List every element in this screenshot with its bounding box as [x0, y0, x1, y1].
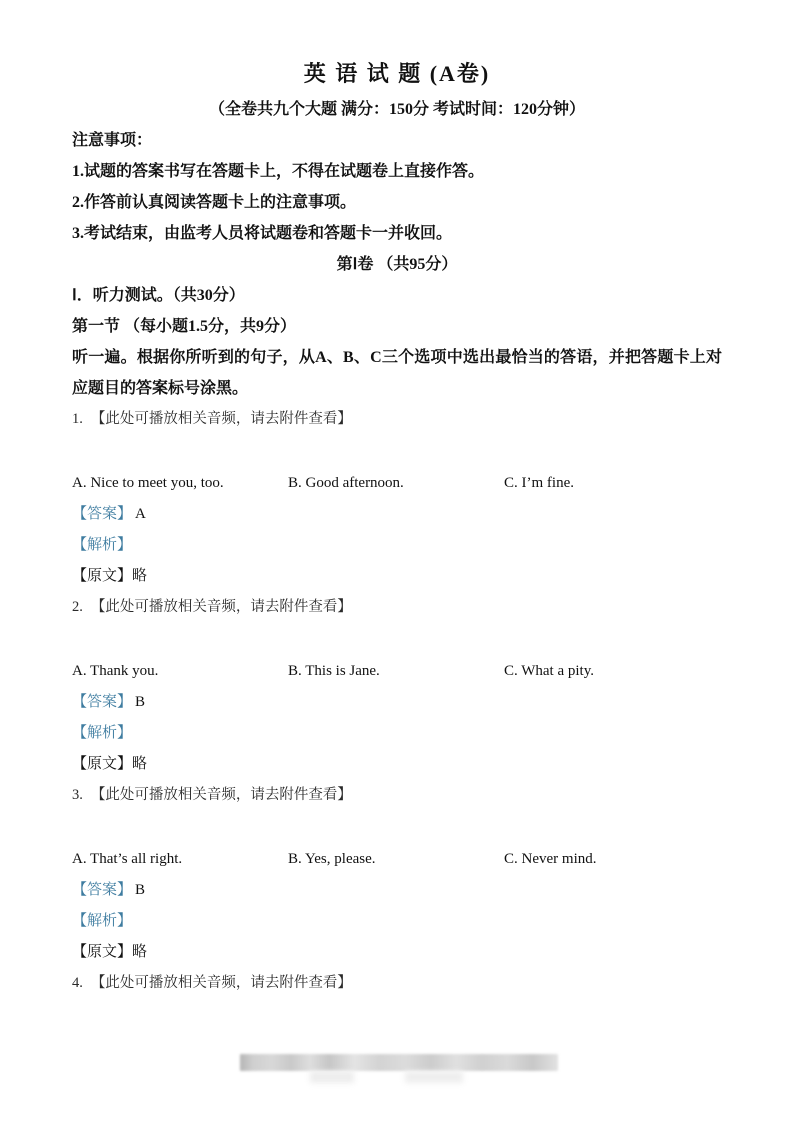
instruction-line-1: 听一遍。根据你所听到的句子，从A、B、C三个选项中选出最恰当的答语，并把答题卡上… [72, 342, 722, 373]
page-title: 英 语 试 题 (A卷) [72, 54, 722, 94]
audio-player-space [72, 623, 722, 656]
question-audio-line: 3.【此处可播放相关音频，请去附件查看】 [72, 780, 722, 811]
section-heading: Ⅰ．听力测试。（共30分） [72, 280, 722, 311]
answer-tag: 【答案】 [72, 882, 132, 898]
option-c: C. What a pity. [504, 656, 720, 687]
analysis-tag: 【解析】 [72, 537, 132, 553]
option-c: C. I’m fine. [504, 468, 720, 499]
audio-player-space [72, 435, 722, 468]
audio-placeholder: 【此处可播放相关音频，请去附件查看】 [91, 599, 352, 615]
question-audio-line: 4.【此处可播放相关音频，请去附件查看】 [72, 968, 722, 999]
analysis-line: 【解析】 [72, 718, 722, 749]
exam-paper-page: 英 语 试 题 (A卷) （全卷共九个大题 满分：150分 考试时间：120分钟… [0, 0, 793, 1122]
options-row: A. Thank you. B. This is Jane. C. What a… [72, 656, 722, 687]
audio-placeholder: 【此处可播放相关音频，请去附件查看】 [91, 975, 352, 991]
subsection-heading: 第一节 （每小题1.5分，共9分） [72, 311, 722, 342]
question-block-3: 3.【此处可播放相关音频，请去附件查看】 A. That’s all right… [72, 780, 722, 968]
audio-placeholder: 【此处可播放相关音频，请去附件查看】 [91, 787, 352, 803]
source-tag: 【原文】 [72, 944, 132, 960]
answer-line: 【答案】B [72, 875, 722, 906]
source-line: 【原文】略 [72, 937, 722, 968]
notice-item-3: 3.考试结束，由监考人员将试题卷和答题卡一并收回。 [72, 218, 722, 249]
answer-value: B [135, 694, 145, 710]
audio-placeholder: 【此处可播放相关音频，请去附件查看】 [91, 411, 352, 427]
option-a: A. That’s all right. [72, 844, 288, 875]
source-value: 略 [132, 756, 147, 772]
question-block-1: 1.【此处可播放相关音频，请去附件查看】 A. Nice to meet you… [72, 404, 722, 592]
source-value: 略 [132, 568, 147, 584]
analysis-line: 【解析】 [72, 906, 722, 937]
audio-player-space [72, 811, 722, 844]
question-audio-line: 1.【此处可播放相关音频，请去附件查看】 [72, 404, 722, 435]
question-block-4: 4.【此处可播放相关音频，请去附件查看】 [72, 968, 722, 999]
option-b: B. This is Jane. [288, 656, 504, 687]
notice-item-2: 2.作答前认真阅读答题卡上的注意事项。 [72, 187, 722, 218]
option-b: B. Good afternoon. [288, 468, 504, 499]
blurred-watermark-bar [240, 1054, 558, 1071]
question-audio-line: 2.【此处可播放相关音频，请去附件查看】 [72, 592, 722, 623]
instruction-line-2: 应题目的答案标号涂黑。 [72, 373, 722, 404]
notice-item-1: 1.试题的答案书写在答题卡上，不得在试题卷上直接作答。 [72, 156, 722, 187]
question-number: 3. [72, 787, 83, 803]
exam-meta-subtitle: （全卷共九个大题 满分：150分 考试时间：120分钟） [72, 94, 722, 125]
answer-tag: 【答案】 [72, 694, 132, 710]
options-row: A. That’s all right. B. Yes, please. C. … [72, 844, 722, 875]
page-content: 英 语 试 题 (A卷) （全卷共九个大题 满分：150分 考试时间：120分钟… [72, 54, 722, 999]
source-line: 【原文】略 [72, 749, 722, 780]
watermark-smudge [405, 1071, 463, 1083]
option-a: A. Thank you. [72, 656, 288, 687]
analysis-line: 【解析】 [72, 530, 722, 561]
option-c: C. Never mind. [504, 844, 720, 875]
analysis-tag: 【解析】 [72, 725, 132, 741]
question-block-2: 2.【此处可播放相关音频，请去附件查看】 A. Thank you. B. Th… [72, 592, 722, 780]
source-tag: 【原文】 [72, 568, 132, 584]
source-line: 【原文】略 [72, 561, 722, 592]
source-tag: 【原文】 [72, 756, 132, 772]
option-b: B. Yes, please. [288, 844, 504, 875]
question-number: 4. [72, 975, 83, 991]
analysis-tag: 【解析】 [72, 913, 132, 929]
source-value: 略 [132, 944, 147, 960]
question-number: 1. [72, 411, 83, 427]
answer-value: B [135, 882, 145, 898]
option-a: A. Nice to meet you, too. [72, 468, 288, 499]
answer-tag: 【答案】 [72, 506, 132, 522]
question-number: 2. [72, 599, 83, 615]
answer-value: A [135, 506, 146, 522]
answer-line: 【答案】B [72, 687, 722, 718]
notice-heading: 注意事项： [72, 125, 722, 156]
part-heading: 第Ⅰ卷 （共95分） [72, 249, 722, 280]
watermark-smudge [310, 1071, 354, 1083]
options-row: A. Nice to meet you, too. B. Good aftern… [72, 468, 722, 499]
answer-line: 【答案】A [72, 499, 722, 530]
